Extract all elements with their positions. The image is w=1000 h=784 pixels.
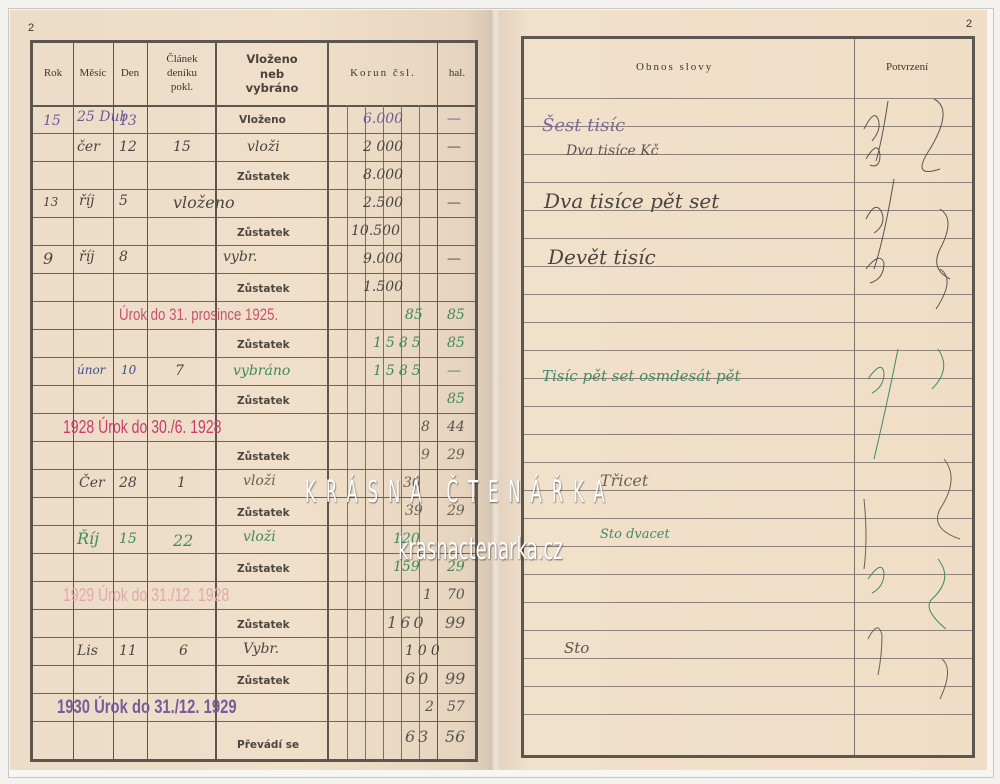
row-8-korun: 1585 — [373, 335, 425, 351]
row-9-clanek: 7 — [175, 363, 184, 379]
interest-stamp-1928: 1928 Úrok do 30./6. 1928 — [63, 417, 221, 438]
row-9-mesic: únor — [77, 363, 105, 377]
row-0-hal: — — [447, 111, 461, 127]
row-5-hal: — — [447, 251, 461, 267]
row-11-korun: 8 — [421, 419, 430, 435]
row-20-hal: 99 — [445, 669, 465, 688]
row-9-hal: — — [447, 363, 461, 379]
row-13-clanek: 1 — [177, 475, 186, 491]
row-10-popis: Zůstatek — [237, 395, 290, 407]
row-15-clanek: 22 — [173, 531, 193, 550]
row-20-korun: 60 — [405, 669, 431, 688]
row-15-mesic: Říj — [77, 529, 99, 548]
row-3-den: 5 — [119, 193, 128, 209]
header-mesic: Měsíc — [73, 43, 113, 105]
interest-stamp-1930: 1930 Úrok do 31./12. 1929 — [57, 697, 237, 719]
row-14-popis: Zůstatek — [237, 507, 290, 519]
row-5-rok: 9 — [43, 249, 53, 268]
header-vlozeno: Vloženo neb vybráno — [217, 43, 327, 105]
row-6-popis: Zůstatek — [237, 283, 290, 295]
row-19-korun: 100 — [405, 643, 444, 659]
header-den: Den — [113, 43, 147, 105]
ledger-header: Rok Měsíc Den Článek deníku pokl. Vložen… — [33, 43, 475, 107]
row-15-popis: vloži — [243, 529, 276, 545]
row-12-korun: 9 — [421, 447, 430, 463]
row-3-hal: — — [447, 195, 461, 211]
amount-words-row-9: Tisíc pět set osmdesát pět — [542, 367, 741, 385]
row-19-clanek: 6 — [179, 643, 188, 659]
row-8-hal: 85 — [447, 335, 465, 351]
header-obnos-slovy: Obnos slovy — [636, 61, 713, 73]
row-18-hal: 99 — [445, 613, 465, 632]
ledger-table: Rok Měsíc Den Článek deníku pokl. Vložen… — [30, 40, 478, 762]
header-korun: Korun čsl. — [329, 43, 437, 105]
row-9-popis: vybráno — [233, 363, 290, 379]
row-1-popis: vloži — [247, 139, 280, 155]
row-0-rok: 15 — [43, 113, 61, 129]
row-13-popis: vloži — [243, 473, 276, 489]
amount-words-row-1: Dva tisíce Kč — [566, 143, 659, 159]
row-19-popis: Vybr. — [243, 641, 279, 657]
row-7-korun: 85 — [405, 307, 423, 323]
left-page-number: 2 — [28, 22, 34, 34]
row-0-popis: Vloženo — [239, 114, 286, 126]
row-19-den: 11 — [119, 643, 137, 659]
row-3-korun: 2.500 — [363, 195, 403, 211]
row-1-korun: 2 000 — [363, 139, 403, 155]
header-rok: Rok — [33, 43, 73, 105]
row-1-mesic: čer — [77, 139, 100, 155]
amount-words-row-0: Šest tisíc — [542, 115, 625, 136]
row-18-korun: 160 — [387, 613, 427, 632]
watermark-title: KRÁSNÁ ČTENÁŘKA — [305, 475, 615, 510]
interest-stamp-1925: Úrok do 31. prosince 1925. — [119, 305, 278, 325]
row-1-hal: — — [447, 139, 461, 155]
row-11-hal: 44 — [447, 419, 465, 435]
row-3-rok: 13 — [43, 195, 58, 209]
amount-words-row-5: Devět tisíc — [548, 245, 656, 269]
row-10-hal: 85 — [447, 391, 465, 407]
amount-words-row-19: Sto — [564, 639, 589, 657]
row-3-popis: vloženo — [173, 193, 235, 212]
row-18-popis: Zůstatek — [237, 619, 290, 631]
row-16-popis: Zůstatek — [237, 563, 290, 575]
row-22-popis: Převádí se — [237, 739, 299, 751]
row-1-den: 12 — [119, 139, 137, 155]
row-5-popis: vybr. — [223, 249, 257, 265]
row-20-popis: Zůstatek — [237, 675, 290, 687]
watermark-url: krasnactenarka.cz — [398, 532, 563, 567]
row-0-den: 13 — [119, 113, 137, 129]
row-5-mesic: říj — [79, 249, 95, 265]
row-4-popis: Zůstatek — [237, 227, 290, 239]
row-17-korun: 1 — [423, 587, 432, 603]
amount-words-row-3: Dva tisíce pět set — [544, 189, 719, 213]
row-12-popis: Zůstatek — [237, 451, 290, 463]
row-2-korun: 8.000 — [363, 167, 403, 183]
row-3-mesic: říj — [79, 193, 95, 209]
row-9-korun: 1585 — [373, 363, 425, 379]
row-12-hal: 29 — [447, 447, 465, 463]
row-6-korun: 1.500 — [363, 279, 403, 295]
row-9-den: 10 — [121, 363, 136, 377]
row-1-clanek: 15 — [173, 139, 191, 155]
row-22-korun: 63 — [405, 727, 431, 746]
row-0-korun: 6.000 — [363, 111, 403, 127]
header-potvrzeni: Potvrzení — [886, 61, 928, 73]
row-5-korun: 9.000 — [363, 251, 403, 267]
signatures — [854, 79, 972, 719]
row-22-hal: 56 — [445, 727, 465, 746]
row-7-hal: 85 — [447, 307, 465, 323]
row-21-hal: 57 — [447, 699, 465, 715]
row-4-korun: 10.500 — [351, 223, 400, 239]
interest-stamp-1929: 1929 Úrok do 31./12. 1928 — [63, 585, 229, 606]
row-15-den: 15 — [119, 531, 137, 547]
row-2-popis: Zůstatek — [237, 171, 290, 183]
row-19-mesic: Lis — [77, 643, 98, 659]
row-13-den: 28 — [119, 475, 137, 491]
row-17-hal: 70 — [447, 587, 465, 603]
header-clanek: Článek deníku pokl. — [149, 43, 215, 105]
header-hal: hal. — [437, 43, 477, 105]
row-8-popis: Zůstatek — [237, 339, 290, 351]
confirmation-table: Obnos slovy Potvrzení Šest tisíc Dva tis… — [521, 36, 975, 758]
amount-words-row-15: Sto dvacet — [600, 527, 670, 542]
row-21-korun: 2 — [425, 699, 434, 715]
row-5-den: 8 — [119, 249, 128, 265]
right-page-number: 2 — [966, 18, 972, 30]
row-13-mesic: Čer — [79, 475, 105, 491]
